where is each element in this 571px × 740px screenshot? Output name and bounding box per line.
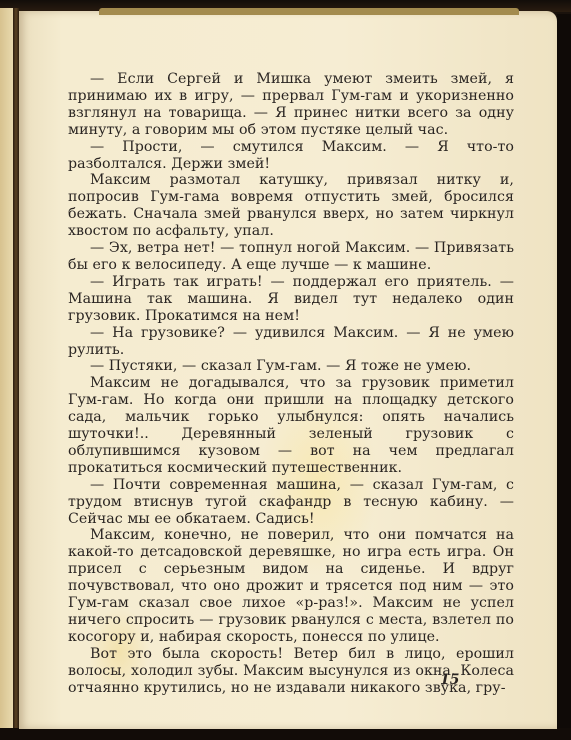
paragraph: Максим, конечно, не поверил, что они пом… xyxy=(68,527,514,645)
book-bottom-edge xyxy=(0,728,571,740)
paragraph: — На грузовике? — удивился Максим. — Я н… xyxy=(68,325,514,359)
paragraph: Максим размотал катушку, привязал нитку … xyxy=(68,172,514,240)
facing-page-edge xyxy=(0,8,14,728)
paragraph: — Играть так играть! — поддержал его при… xyxy=(68,274,514,325)
paragraph: — Почти современная машина, — сказал Гум… xyxy=(68,477,514,528)
paragraph: Максим не догадывался, что за грузовик п… xyxy=(68,375,514,476)
paragraph: — Прости, — смутился Максим. — Я что-то … xyxy=(68,139,514,173)
page-body-text: — Если Сергей и Мишка умеют змеить змей,… xyxy=(68,71,514,697)
paragraph: — Пустяки, — сказал Гум-гам. — Я тоже не… xyxy=(68,358,514,375)
paragraph: — Эх, ветра нет! — топнул ногой Максим. … xyxy=(68,240,514,274)
book-right-edge xyxy=(557,14,571,730)
page-number: 15 xyxy=(440,672,459,688)
paragraph: — Если Сергей и Мишка умеют змеить змей,… xyxy=(68,71,514,139)
page-top-band xyxy=(99,8,519,15)
